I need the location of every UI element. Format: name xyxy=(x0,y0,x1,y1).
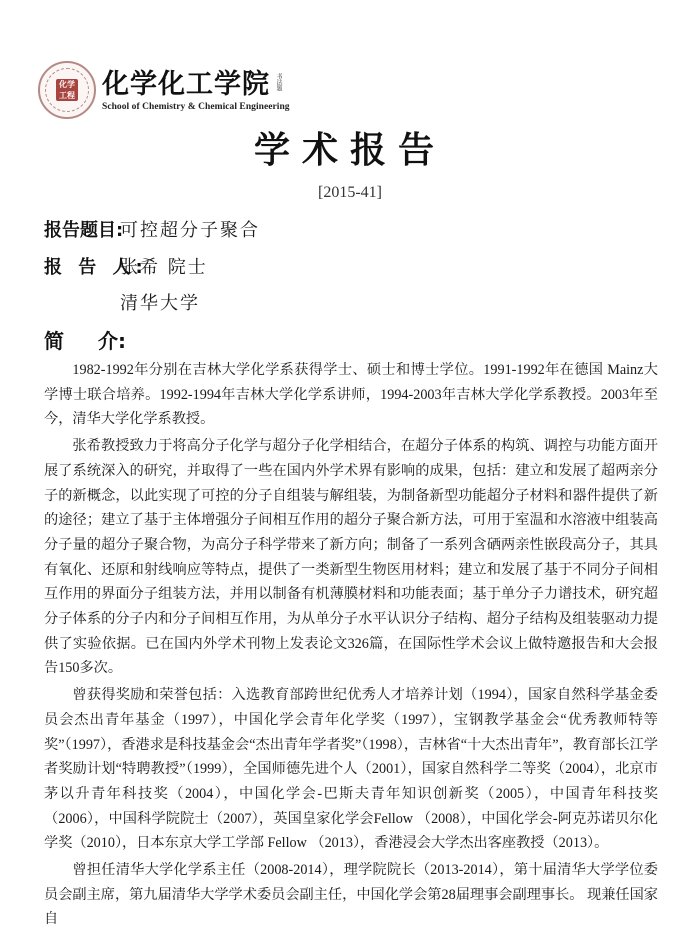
seal-emblem-icon: 化学工程 xyxy=(56,79,78,101)
bio-paragraph-research: 张希教授致力于将高分子化学与超分子化学相结合，在超分子体系的构筑、调控与功能方面… xyxy=(44,434,658,681)
affiliation-row: 清华大学 xyxy=(44,292,200,316)
affiliation-value: 清华大学 xyxy=(120,292,200,316)
biography-body: 1982-1992年分别在吉林大学化学系获得学士、硕士和博士学位。1991-19… xyxy=(44,358,658,932)
bio-paragraph-awards: 曾获得奖励和荣誉包括：入选教育部跨世纪优秀人才培养计划（1994），国家自然科学… xyxy=(44,683,658,856)
school-header: 化学工程 化学化工学院 书法题 School of Chemistry & Ch… xyxy=(38,58,301,122)
bio-paragraph-positions: 曾担任清华大学化学系主任（2008-2014），理学院院长（2013-2014）… xyxy=(44,858,658,932)
speaker-value: 张希 院士 xyxy=(120,256,208,280)
bio-paragraph-education: 1982-1992年分别在吉林大学化学系获得学士、硕士和博士学位。1991-19… xyxy=(44,358,658,432)
speaker-row: 报 告 人: 张希 院士 xyxy=(44,256,208,280)
page-title: 学术报告 xyxy=(0,128,700,172)
report-number: [2015-41] xyxy=(0,184,700,202)
topic-row: 报告题目: 可控超分子聚合 xyxy=(44,219,260,243)
intro-label: 简介: xyxy=(44,325,126,354)
school-name-cn: 化学化工学院 xyxy=(102,69,270,101)
school-brand: 化学化工学院 书法题 School of Chemistry & Chemica… xyxy=(102,69,301,112)
speaker-label: 报 告 人: xyxy=(44,256,120,280)
school-seal-logo: 化学工程 xyxy=(38,61,96,119)
calligraphy-signature: 书法题 xyxy=(274,73,283,91)
topic-label: 报告题目: xyxy=(44,219,120,243)
school-name-en: School of Chemistry & Chemical Engineeri… xyxy=(102,102,301,112)
topic-value: 可控超分子聚合 xyxy=(120,219,260,243)
